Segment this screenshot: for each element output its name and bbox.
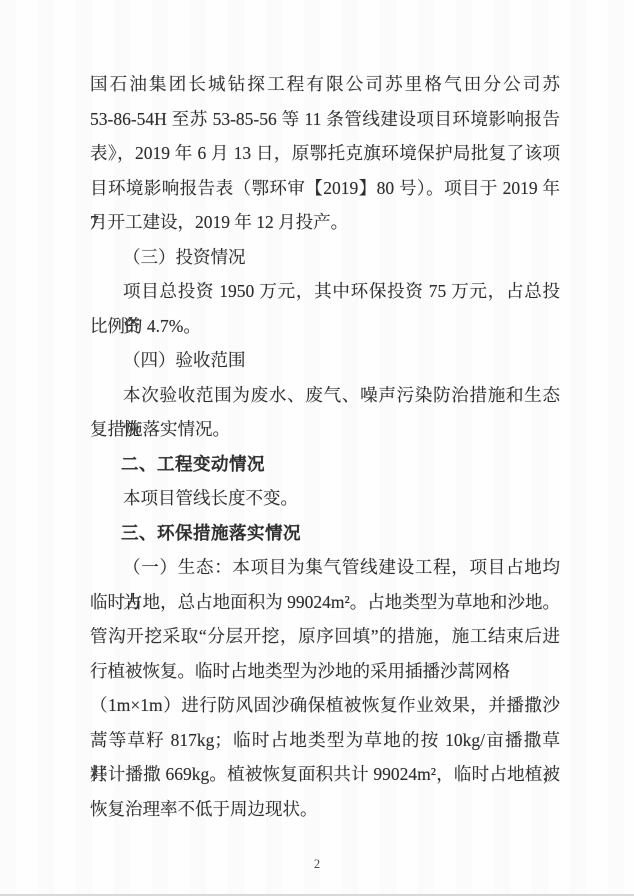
page-number: 2 — [0, 857, 634, 872]
text-line: （1m×1m）进行防风固沙确保植被恢复作业效果，并播撒沙 — [90, 688, 560, 723]
text-line: 复措施落实情况。 — [90, 412, 560, 447]
text-line: 行植被恢复。临时占地类型为沙地的采用插播沙蒿网格 — [90, 654, 560, 689]
document-page: 国石油集团长城钻探工程有限公司苏里格气田分公司苏53-86-54H 至苏 53-… — [0, 0, 634, 896]
text-line: （一）生态：本项目为集气管线建设工程，项目占地均为 — [90, 550, 560, 585]
text-line: 蒿等草籽 817kg；临时占地类型为草地的按 10kg/亩播撒草籽， — [90, 723, 560, 758]
section-heading: 二、工程变动情况 — [90, 447, 560, 482]
text-line: （三）投资情况 — [90, 240, 560, 275]
text-line: （四）验收范围 — [90, 343, 560, 378]
text-line: 国石油集团长城钻探工程有限公司苏里格气田分公司苏 — [90, 67, 560, 102]
text-line: 53-86-54H 至苏 53-85-56 等 11 条管线建设项目环境影响报告 — [90, 102, 560, 137]
text-line: 管沟开挖采取“分层开挖，原序回填”的措施，施工结束后进 — [90, 619, 560, 654]
text-line: 本项目管线长度不变。 — [90, 481, 560, 516]
document-text-block: 国石油集团长城钻探工程有限公司苏里格气田分公司苏53-86-54H 至苏 53-… — [90, 67, 560, 826]
text-line: 恢复治理率不低于周边现状。 — [90, 792, 560, 827]
text-line: 本次验收范围为废水、废气、噪声污染防治措施和生态恢 — [90, 378, 560, 413]
text-line: 临时占地，总占地面积为 99024m²。占地类型为草地和沙地。 — [90, 585, 560, 620]
text-line: 表》，2019 年 6 月 13 日，原鄂托克旗环境保护局批复了该项 — [90, 136, 560, 171]
section-heading: 三、环保措施落实情况 — [90, 516, 560, 551]
text-line: 目环境影响报告表（鄂环审【2019】80 号）。项目于 2019 年 7 — [90, 171, 560, 206]
text-line: 月开工建设，2019 年 12 月投产。 — [90, 205, 560, 240]
text-line: 项目总投资 1950 万元，其中环保投资 75 万元，占总投资 — [90, 274, 560, 309]
text-line: 比例的 4.7%。 — [90, 309, 560, 344]
text-line: 共计播撒 669kg。植被恢复面积共计 99024m²，临时占地植被 — [90, 757, 560, 792]
